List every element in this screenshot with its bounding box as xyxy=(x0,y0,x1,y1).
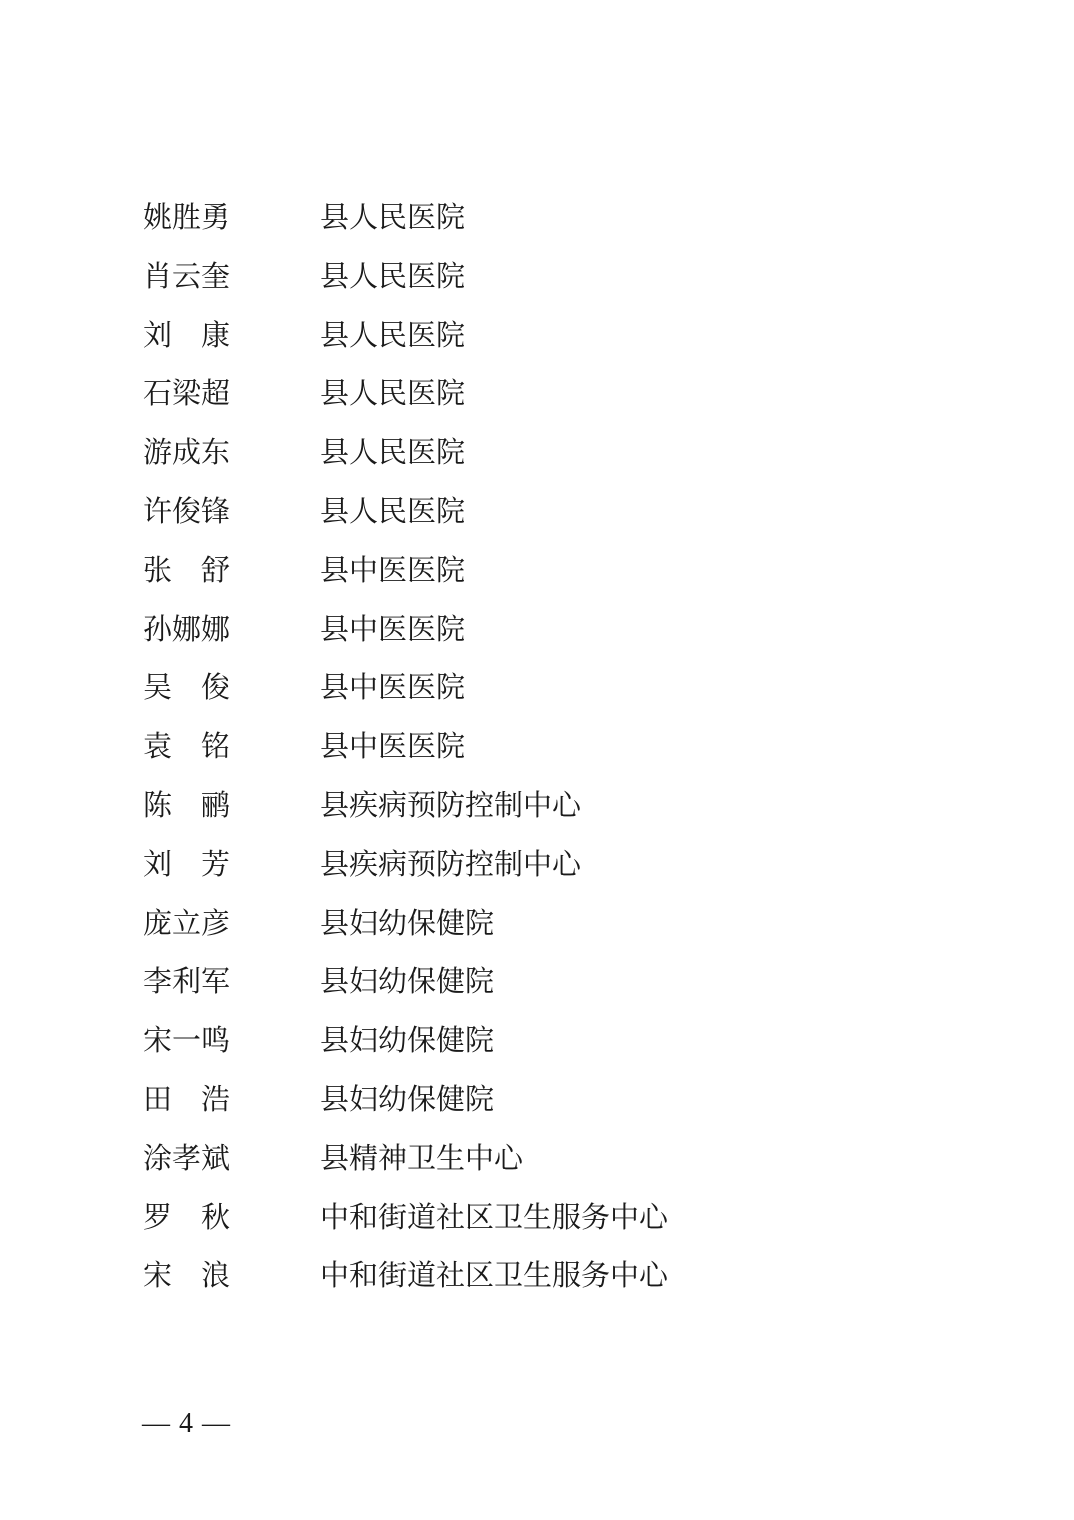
person-name: 李利军 xyxy=(143,953,231,1012)
list-item: 袁 铭县中医医院 xyxy=(0,718,1074,777)
org-name: 县中医医院 xyxy=(320,542,465,601)
list-item: 许俊锋县人民医院 xyxy=(0,483,1074,542)
person-name: 庞立彦 xyxy=(143,895,231,954)
list-item: 宋一鸣县妇幼保健院 xyxy=(0,1012,1074,1071)
person-name: 宋 浪 xyxy=(143,1247,231,1306)
list-item: 石梁超县人民医院 xyxy=(0,365,1074,424)
person-name: 张 舒 xyxy=(143,542,231,601)
org-name: 县妇幼保健院 xyxy=(320,1071,494,1130)
roster-list: 姚胜勇县人民医院肖云奎县人民医院刘 康县人民医院石梁超县人民医院游成东县人民医院… xyxy=(0,189,1074,1306)
person-name: 刘 康 xyxy=(143,307,231,366)
org-name: 县人民医院 xyxy=(320,307,465,366)
list-item: 罗 秋中和街道社区卫生服务中心 xyxy=(0,1189,1074,1248)
org-name: 县人民医院 xyxy=(320,248,465,307)
person-name: 刘 芳 xyxy=(143,836,231,895)
list-item: 刘 康县人民医院 xyxy=(0,307,1074,366)
person-name: 游成东 xyxy=(143,424,231,483)
person-name: 陈 鹂 xyxy=(143,777,231,836)
list-item: 游成东县人民医院 xyxy=(0,424,1074,483)
org-name: 县精神卫生中心 xyxy=(320,1130,523,1189)
org-name: 县疾病预防控制中心 xyxy=(320,777,581,836)
org-name: 县人民医院 xyxy=(320,424,465,483)
list-item: 刘 芳县疾病预防控制中心 xyxy=(0,836,1074,895)
org-name: 县妇幼保健院 xyxy=(320,895,494,954)
list-item: 肖云奎县人民医院 xyxy=(0,248,1074,307)
list-item: 姚胜勇县人民医院 xyxy=(0,189,1074,248)
list-item: 孙娜娜县中医医院 xyxy=(0,601,1074,660)
org-name: 县人民医院 xyxy=(320,365,465,424)
person-name: 吴 俊 xyxy=(143,659,231,718)
person-name: 肖云奎 xyxy=(143,248,231,307)
document-page: 姚胜勇县人民医院肖云奎县人民医院刘 康县人民医院石梁超县人民医院游成东县人民医院… xyxy=(0,0,1074,1520)
person-name: 孙娜娜 xyxy=(143,601,231,660)
person-name: 宋一鸣 xyxy=(143,1012,231,1071)
list-item: 吴 俊县中医医院 xyxy=(0,659,1074,718)
list-item: 涂孝斌县精神卫生中心 xyxy=(0,1130,1074,1189)
person-name: 袁 铭 xyxy=(143,718,231,777)
person-name: 石梁超 xyxy=(143,365,231,424)
list-item: 庞立彦县妇幼保健院 xyxy=(0,895,1074,954)
org-name: 县妇幼保健院 xyxy=(320,1012,494,1071)
person-name: 姚胜勇 xyxy=(143,189,231,248)
list-item: 田 浩县妇幼保健院 xyxy=(0,1071,1074,1130)
org-name: 县妇幼保健院 xyxy=(320,953,494,1012)
list-item: 陈 鹂县疾病预防控制中心 xyxy=(0,777,1074,836)
person-name: 许俊锋 xyxy=(143,483,231,542)
person-name: 罗 秋 xyxy=(143,1189,231,1248)
person-name: 涂孝斌 xyxy=(143,1130,231,1189)
org-name: 县疾病预防控制中心 xyxy=(320,836,581,895)
list-item: 李利军县妇幼保健院 xyxy=(0,953,1074,1012)
org-name: 县人民医院 xyxy=(320,189,465,248)
org-name: 县人民医院 xyxy=(320,483,465,542)
org-name: 中和街道社区卫生服务中心 xyxy=(320,1189,668,1248)
person-name: 田 浩 xyxy=(143,1071,231,1130)
org-name: 县中医医院 xyxy=(320,659,465,718)
org-name: 县中医医院 xyxy=(320,601,465,660)
org-name: 县中医医院 xyxy=(320,718,465,777)
list-item: 张 舒县中医医院 xyxy=(0,542,1074,601)
page-number: — 4 — xyxy=(142,1408,231,1440)
org-name: 中和街道社区卫生服务中心 xyxy=(320,1247,668,1306)
list-item: 宋 浪中和街道社区卫生服务中心 xyxy=(0,1247,1074,1306)
